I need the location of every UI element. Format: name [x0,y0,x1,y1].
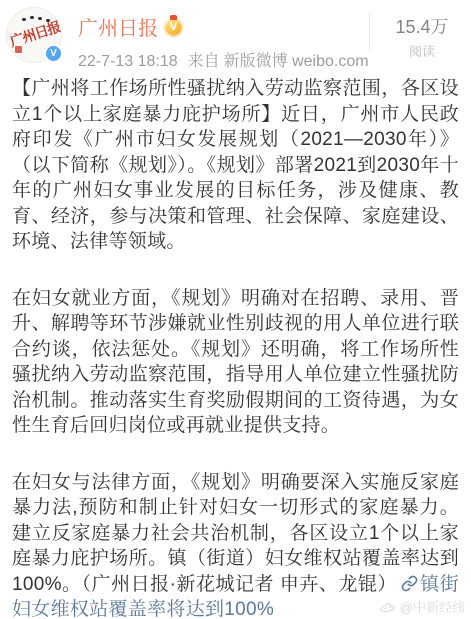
user-block: 广州日报 V 22-7-13 18:18来自新版微博 weibo.com [78,12,369,71]
avatar-seal-mark [15,46,22,53]
watermark-text: @中新经纬 [400,597,465,616]
gold-v-verified-icon: V [164,18,183,37]
header-divider [369,12,370,50]
post-content: 【广州将工作场所性骚扰纳入劳动监察范围，各区设立1个以上家庭暴力庇护场所】近日，… [12,76,459,619]
read-count-label: 阅读 [378,41,466,60]
read-count-block: 15.4万 阅读 [378,13,466,60]
post-meta: 22-7-13 18:18来自新版微博 weibo.com [78,48,369,71]
source-prefix: 来自 [188,53,220,70]
paragraph-1: 【广州将工作场所性骚扰纳入劳动监察范围，各区设立1个以上家庭暴力庇护场所】近日，… [12,76,459,255]
paragraph-3-text: 在妇女与法律方面，《规划》明确要深入实施反家庭暴力法,预防和制止针对妇女一切形式… [12,472,459,595]
read-count-value: 15.4万 [378,13,466,39]
avatar-birds-decoration [22,18,26,21]
paragraph-2: 在妇女就业方面，《规划》明确对在招聘、录用、晋升、解聘等环节涉嫌就业性别歧视的用… [12,286,459,439]
weibo-eye-icon [379,599,397,614]
source-link[interactable]: 新版微博 weibo.com [224,53,369,70]
timestamp: 22-7-13 18:18 [78,53,178,70]
watermark: @中新经纬 [379,597,465,616]
blue-v-verified-icon: V [44,44,63,63]
link-icon [401,575,418,592]
weibo-post: 广州日报 V 广州日报 V 22-7-13 18:18来自新版微博 weibo.… [0,0,471,619]
username[interactable]: 广州日报 [78,12,158,41]
